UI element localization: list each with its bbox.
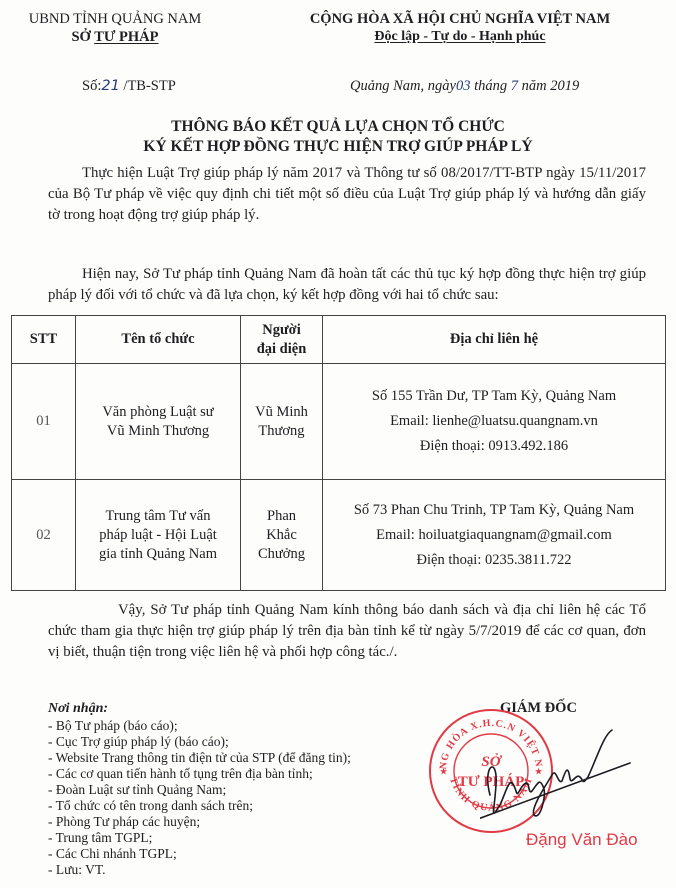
national-motto: CỘNG HÒA XÃ HỘI CHỦ NGHĨA VIỆT NAM Độc l… — [250, 10, 670, 46]
paragraph-legal-basis: Thực hiện Luật Trợ giúp pháp lý năm 2017… — [48, 163, 646, 226]
signer-name: Đặng Văn Đào — [526, 830, 638, 850]
recipient-item: Website Trang thông tin điện tử của STP … — [48, 750, 351, 766]
email: Email: lienhe@luatsu.quangnam.vn — [323, 412, 665, 431]
recipient-item: Các Chi nhánh TGPL; — [48, 846, 351, 862]
department-name: SỞ TƯ PHÁP — [10, 28, 220, 46]
issuing-agency: UBND TỈNH QUẢNG NAM SỞ TƯ PHÁP — [10, 10, 220, 46]
recipient-item: Lưu: VT. — [48, 862, 351, 878]
table-header-row: STT Tên tổ chức Ngườiđại diện Địa chỉ li… — [12, 316, 666, 364]
row-representative: Vũ MinhThương — [241, 364, 323, 480]
recipient-item: Cục Trợ giúp pháp lý (báo cáo); — [48, 734, 351, 750]
recipient-item: Các cơ quan tiến hành tố tụng trên địa b… — [48, 766, 351, 782]
recipient-item: Trung tâm TGPL; — [48, 830, 351, 846]
document-title: THÔNG BÁO KẾT QUẢ LỰA CHỌN TỔ CHỨC KÝ KẾ… — [0, 117, 676, 157]
recipients-list: Nơi nhận: Bộ Tư pháp (báo cáo); Cục Trợ … — [48, 701, 351, 878]
country-name: CỘNG HÒA XÃ HỘI CHỦ NGHĨA VIỆT NAM — [250, 10, 670, 28]
row-stt: 01 — [12, 364, 76, 480]
recipient-item: Bộ Tư pháp (báo cáo); — [48, 718, 351, 734]
handwritten-signature-icon — [480, 725, 660, 835]
row-stt: 02 — [12, 480, 76, 591]
table-row: 02 Trung tâm Tư vấnpháp luật - Hội Luậtg… — [12, 480, 666, 591]
province-committee: UBND TỈNH QUẢNG NAM — [10, 10, 220, 28]
recipient-item: Tổ chức có tên trong danh sách trên; — [48, 798, 351, 814]
col-representative: Ngườiđại diện — [241, 316, 323, 364]
phone: Điện thoại: 0235.3811.722 — [323, 551, 665, 570]
issue-date: Quảng Nam, ngày03 tháng 7 năm 2019 — [350, 78, 579, 95]
motto: Độc lập - Tự do - Hạnh phúc — [250, 28, 670, 46]
paragraph-conclusion: Vậy, Sở Tư pháp tỉnh Quảng Nam kính thôn… — [48, 600, 646, 663]
col-stt: STT — [12, 316, 76, 364]
address: Số 155 Trần Dư, TP Tam Kỳ, Quảng Nam — [323, 387, 665, 406]
email: Email: hoiluatgiaquangnam@gmail.com — [323, 526, 665, 545]
col-contact: Địa chỉ liên hệ — [323, 316, 666, 364]
paragraph-status: Hiện nay, Sở Tư pháp tỉnh Quảng Nam đã h… — [48, 264, 646, 306]
row-contact: Số 73 Phan Chu Trinh, TP Tam Kỳ, Quảng N… — [323, 480, 666, 591]
table-row: 01 Văn phòng Luật sưVũ Minh Thương Vũ Mi… — [12, 364, 666, 480]
recipient-item: Đoàn Luật sư tỉnh Quảng Nam; — [48, 782, 351, 798]
row-org-name: Trung tâm Tư vấnpháp luật - Hội Luậtgia … — [76, 480, 241, 591]
phone: Điện thoại: 0913.492.186 — [323, 437, 665, 456]
row-representative: PhanKhắcChưởng — [241, 480, 323, 591]
organizations-table: STT Tên tổ chức Ngườiđại diện Địa chỉ li… — [11, 315, 666, 591]
col-name: Tên tổ chức — [76, 316, 241, 364]
row-org-name: Văn phòng Luật sưVũ Minh Thương — [76, 364, 241, 480]
svg-text:★: ★ — [440, 767, 448, 776]
document-number: Số:21 /TB-STP — [82, 78, 176, 95]
recipient-item: Phòng Tư pháp các huyện; — [48, 814, 351, 830]
recipients-heading: Nơi nhận: — [48, 701, 351, 717]
address: Số 73 Phan Chu Trinh, TP Tam Kỳ, Quảng N… — [323, 501, 665, 520]
row-contact: Số 155 Trần Dư, TP Tam Kỳ, Quảng Nam Ema… — [323, 364, 666, 480]
